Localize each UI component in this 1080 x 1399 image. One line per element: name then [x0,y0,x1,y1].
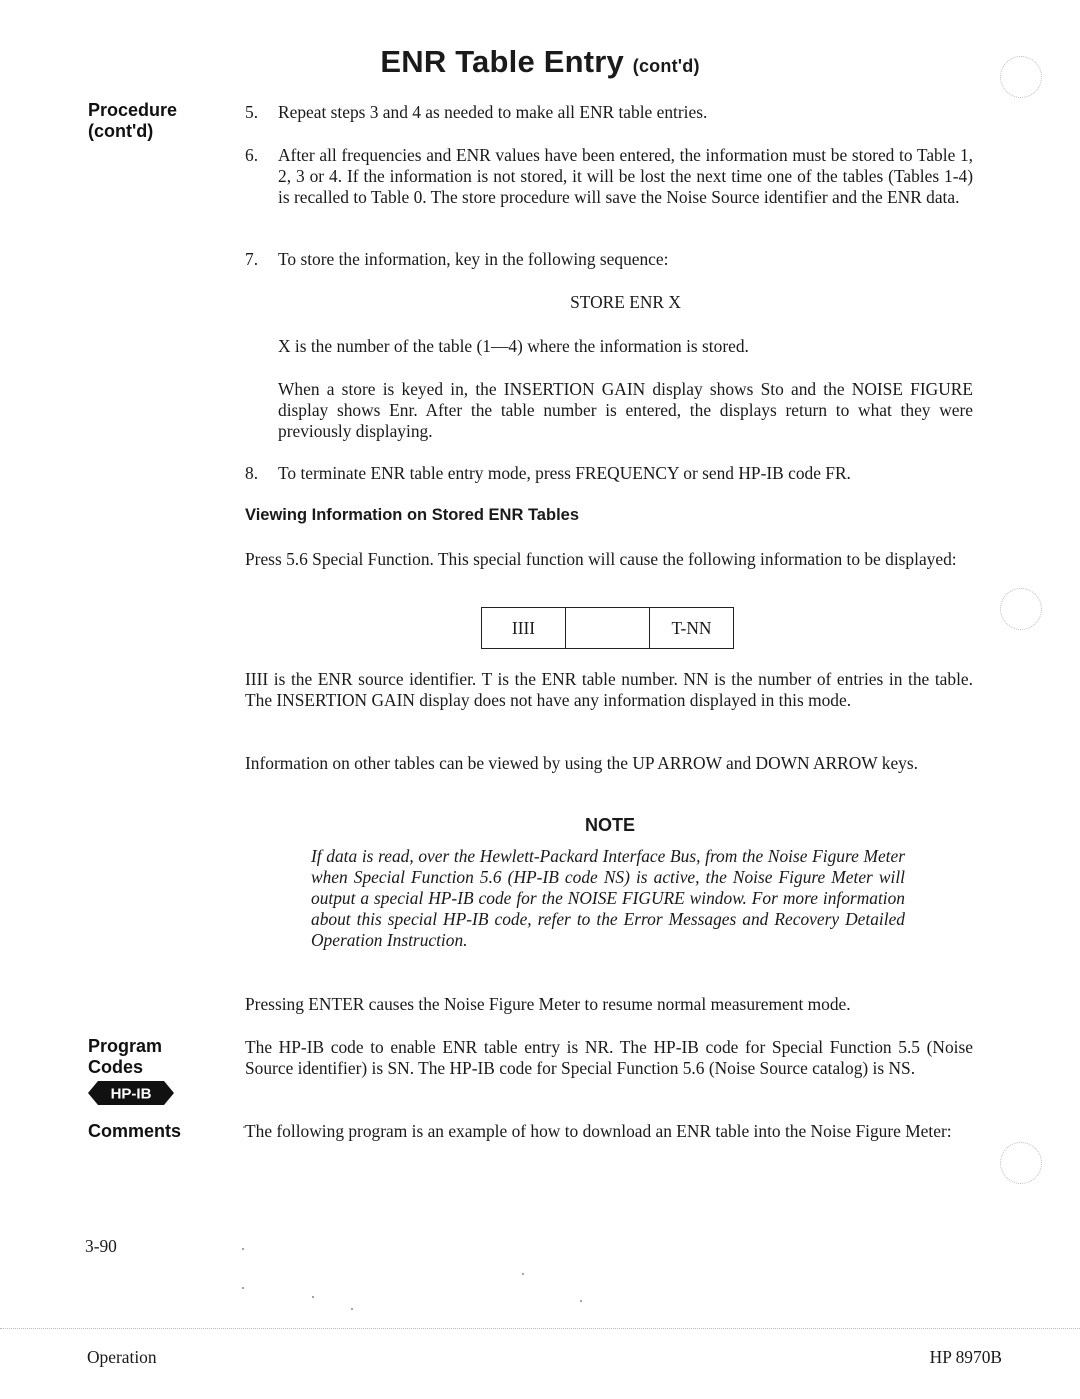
display-cell-blank [565,608,649,648]
program-codes-text: The HP-IB code to enable ENR table entry… [245,1037,973,1079]
scan-speck [242,1248,244,1250]
step-number: 8. [245,463,258,484]
display-diagram: IIII T-NN [481,607,734,649]
step-number: 7. [245,249,258,270]
footer-product: HP 8970B [930,1347,1002,1368]
hpib-badge: HP-IB [88,1081,174,1105]
scan-speck [243,1126,245,1128]
scan-speck [580,1300,582,1302]
step-text: Repeat steps 3 and 4 as needed to make a… [278,102,973,123]
step-8: 8. To terminate ENR table entry mode, pr… [245,463,973,484]
note-body: If data is read, over the Hewlett-Packar… [311,846,905,951]
hpib-badge-label: HP-IB [111,1086,152,1103]
note-heading: NOTE [0,815,1080,836]
viewing-intro: Press 5.6 Special Function. This special… [245,549,973,570]
viewing-heading: Viewing Information on Stored ENR Tables [245,506,579,525]
program-codes-line1: Program [88,1036,162,1057]
store-command: STORE ENR X [278,292,973,313]
procedure-heading: Procedure (cont'd) [88,100,177,142]
scan-speck [351,1308,353,1310]
step-7: 7. To store the information, key in the … [245,249,973,270]
hpib-badge-shape-icon: HP-IB [88,1081,174,1105]
program-codes-heading: Program Codes [88,1036,162,1078]
step-text: To store the information, key in the fol… [278,249,973,270]
binder-hole-icon [1000,56,1042,98]
procedure-heading-line2: (cont'd) [88,121,177,142]
arrow-keys-text: Information on other tables can be viewe… [245,753,973,774]
footer-divider [0,1328,1080,1329]
page-title: ENR Table Entry (cont'd) [0,44,1080,80]
step-text: After all frequencies and ENR values hav… [278,145,973,208]
procedure-heading-line1: Procedure [88,100,177,121]
page-title-suffix: (cont'd) [633,56,700,76]
enter-text: Pressing ENTER causes the Noise Figure M… [245,994,973,1015]
display-cell-table-entries: T-NN [649,608,733,648]
step-number: 5. [245,102,258,123]
page-number: 3-90 [85,1236,117,1257]
scan-speck [312,1296,314,1298]
scan-speck [242,1287,244,1289]
display-explanation: IIII is the ENR source identifier. T is … [245,669,973,711]
scan-speck [522,1273,524,1275]
footer-section: Operation [87,1347,157,1368]
comments-heading: Comments [88,1121,181,1142]
page-title-main: ENR Table Entry [380,44,624,79]
store-display-explanation: When a store is keyed in, the INSERTION … [278,379,973,442]
binder-hole-icon [1000,1142,1042,1184]
display-cell-identifier: IIII [482,608,565,648]
step-5: 5. Repeat steps 3 and 4 as needed to mak… [245,102,973,123]
step-number: 6. [245,145,258,166]
binder-hole-icon [1000,588,1042,630]
comments-text: The following program is an example of h… [245,1121,973,1142]
step-6: 6. After all frequencies and ENR values … [245,145,973,208]
program-codes-line2: Codes [88,1057,162,1078]
step-text: To terminate ENR table entry mode, press… [278,463,973,484]
store-x-explanation: X is the number of the table (1—4) where… [278,336,973,357]
